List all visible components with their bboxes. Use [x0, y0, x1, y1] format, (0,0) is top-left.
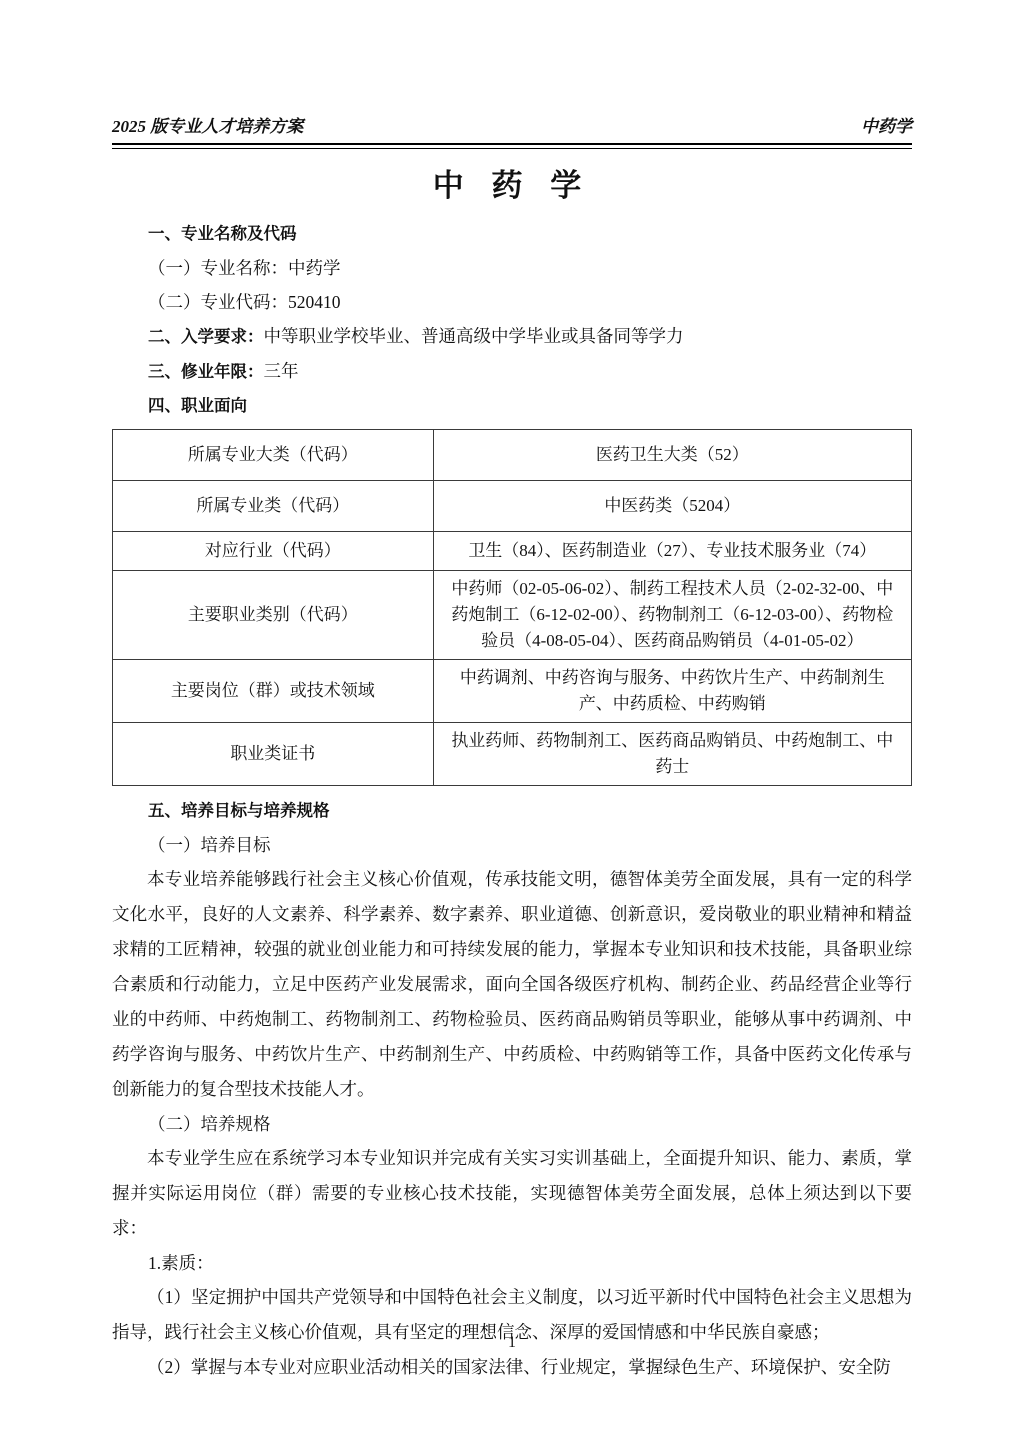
section-2-entry-requirement: 二、入学要求：中等职业学校毕业、普通高级中学毕业或具备同等学力 — [112, 319, 912, 354]
section-2-label: 二、入学要求： — [148, 328, 264, 346]
running-header-left: 2025 版专业人才培养方案 — [112, 116, 303, 138]
table-row-positions: 主要岗位（群）或技术领域 中药调剂、中药咨询与服务、中药饮片生产、中药制剂生产、… — [113, 660, 912, 723]
table-label: 对应行业（代码） — [113, 532, 434, 571]
table-label: 主要岗位（群）或技术领域 — [113, 660, 434, 723]
table-row-major-category: 所属专业大类（代码） 医药卫生大类（52） — [113, 430, 912, 481]
career-orientation-table: 所属专业大类（代码） 医药卫生大类（52） 所属专业类（代码） 中医药类（520… — [112, 429, 912, 786]
table-row-major-class: 所属专业类（代码） 中医药类（5204） — [113, 481, 912, 532]
section-2-text: 中等职业学校毕业、普通高级中学毕业或具备同等学力 — [264, 326, 684, 346]
section-1-heading: 一、专业名称及代码 — [112, 217, 912, 251]
page-content: 2025 版专业人才培养方案 中药学 中 药 学 一、专业名称及代码 （一）专业… — [112, 0, 912, 1385]
table-value: 中药师（02-05-06-02）、制药工程技术人员（2-02-32-00、中药炮… — [433, 571, 911, 660]
quality-heading: 1.素质： — [112, 1246, 912, 1280]
table-row-certificates: 职业类证书 执业药师、药物制剂工、医药商品购销员、中药炮制工、中药士 — [113, 723, 912, 786]
table-value: 中药调剂、中药咨询与服务、中药饮片生产、中药制剂生产、中药质检、中药购销 — [433, 660, 911, 723]
section-4-heading: 四、职业面向 — [112, 389, 912, 423]
page-number: 1 — [0, 1334, 1024, 1352]
section-1-item-major-code: （二）专业代码：520410 — [112, 285, 912, 319]
header-rule-divider — [112, 143, 912, 149]
section-1-item-major-name: （一）专业名称：中药学 — [112, 251, 912, 285]
table-value: 中医药类（5204） — [433, 481, 911, 532]
section-5-sub-objective: （一）培养目标 — [112, 828, 912, 862]
quality-item-2: （2）掌握与本专业对应职业活动相关的国家法律、行业规定，掌握绿色生产、环境保护、… — [112, 1350, 912, 1385]
table-value: 卫生（84）、医药制造业（27）、专业技术服务业（74） — [433, 532, 911, 571]
training-objective-paragraph: 本专业培养能够践行社会主义核心价值观，传承技能文明，德智体美劳全面发展，具有一定… — [112, 862, 912, 1107]
section-5-sub-specification: （二）培养规格 — [112, 1107, 912, 1141]
table-label: 所属专业大类（代码） — [113, 430, 434, 481]
running-header: 2025 版专业人才培养方案 中药学 — [112, 0, 912, 138]
table-label: 主要职业类别（代码） — [113, 571, 434, 660]
section-3-study-duration: 三、修业年限：三年 — [112, 354, 912, 389]
table-row-industries: 对应行业（代码） 卫生（84）、医药制造业（27）、专业技术服务业（74） — [113, 532, 912, 571]
running-header-right: 中药学 — [861, 116, 912, 138]
training-specification-paragraph: 本专业学生应在系统学习本专业知识并完成有关实习实训基础上，全面提升知识、能力、素… — [112, 1141, 912, 1246]
table-value: 医药卫生大类（52） — [433, 430, 911, 481]
section-3-text: 三年 — [264, 361, 299, 381]
document-title: 中 药 学 — [112, 165, 912, 207]
table-label: 职业类证书 — [113, 723, 434, 786]
section-3-label: 三、修业年限： — [148, 363, 264, 381]
table-row-occupations: 主要职业类别（代码） 中药师（02-05-06-02）、制药工程技术人员（2-0… — [113, 571, 912, 660]
table-value: 执业药师、药物制剂工、医药商品购销员、中药炮制工、中药士 — [433, 723, 911, 786]
section-5-heading: 五、培养目标与培养规格 — [112, 794, 912, 828]
table-label: 所属专业类（代码） — [113, 481, 434, 532]
document-page: 2025 版专业人才培养方案 中药学 中 药 学 一、专业名称及代码 （一）专业… — [0, 0, 1024, 1448]
